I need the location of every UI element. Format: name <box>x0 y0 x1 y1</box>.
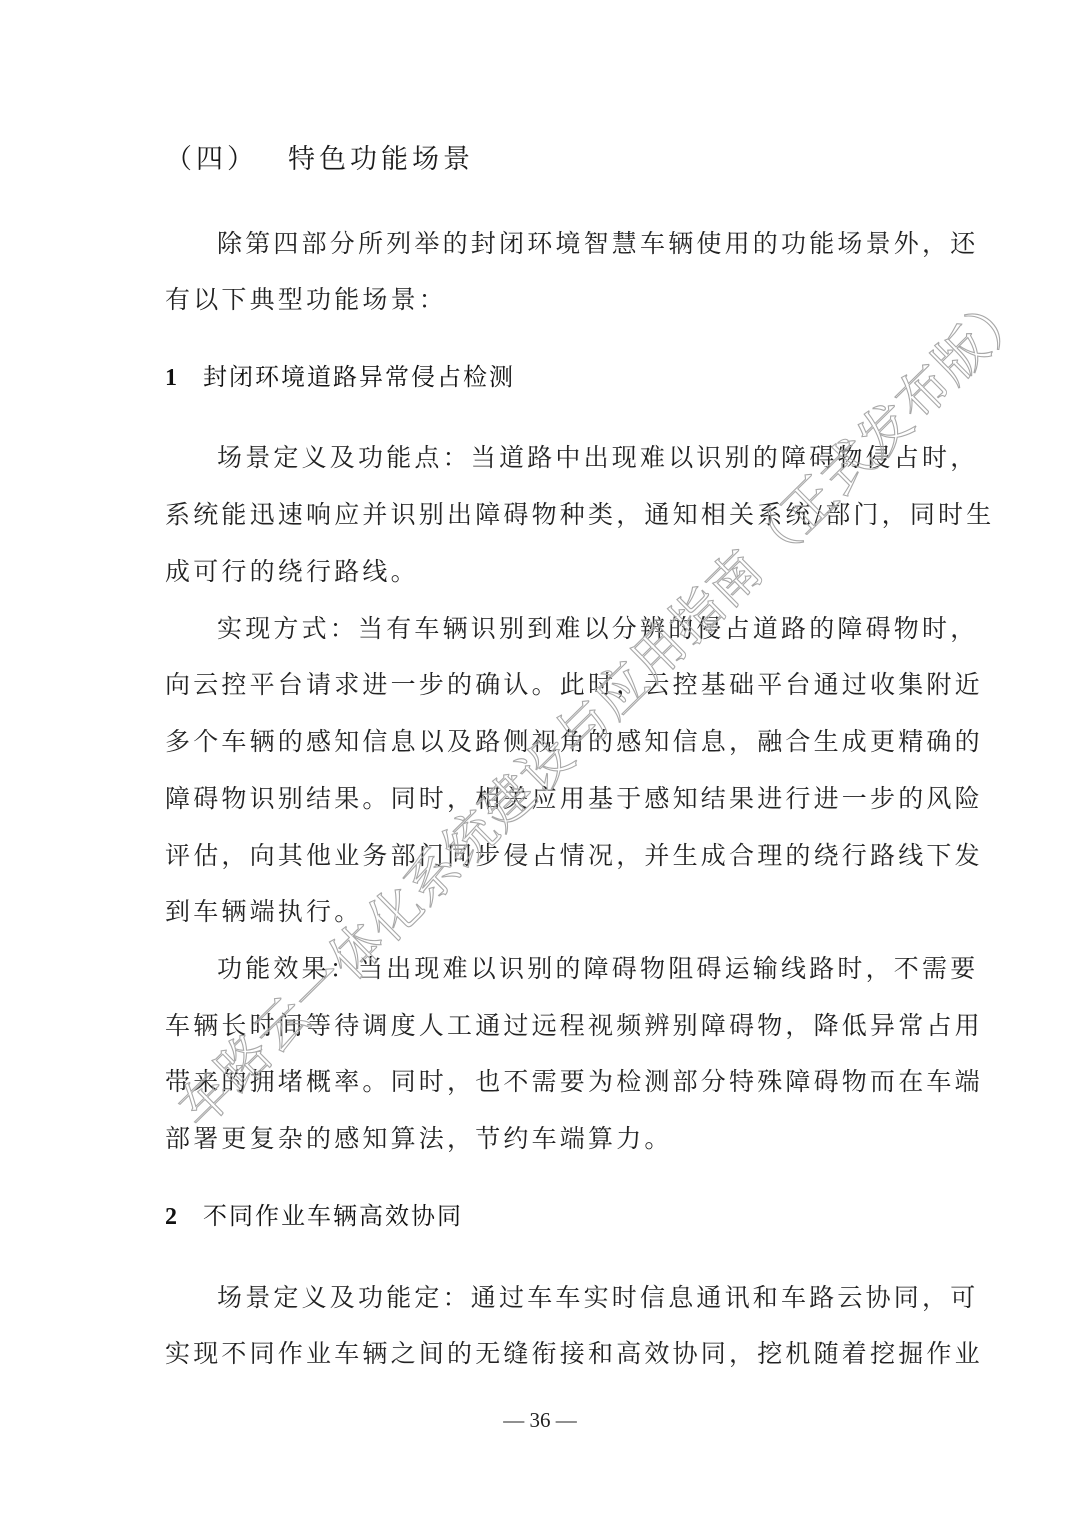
paragraph-line: 实现不同作业车辆之间的无缝衔接和高效协同，挖机随着挖掘作业 <box>165 1339 915 1369</box>
document-page: （四）特色功能场景 除第四部分所列举的封闭环境智慧车辆使用的功能场景外，还 有以… <box>0 0 1080 1527</box>
intro-line: 除第四部分所列举的封闭环境智慧车辆使用的功能场景外，还 <box>165 229 915 259</box>
scenario-heading: 2不同作业车辆高效协同 <box>165 1201 463 1232</box>
paragraph-line: 到车辆端执行。 <box>165 897 915 927</box>
page-number: — 36 — <box>0 1408 1080 1433</box>
scenario-title: 封闭环境道路异常侵占检测 <box>203 363 515 391</box>
section-heading-title: 特色功能场景 <box>288 144 474 175</box>
paragraph-line: 向云控平台请求进一步的确认。此时，云控基础平台通过收集附近 <box>165 670 915 700</box>
paragraph-line: 系统能迅速响应并识别出障碍物种类，通知相关系统/部门，同时生 <box>165 500 915 530</box>
section-heading-number: （四） <box>165 144 258 175</box>
paragraph-line: 实现方式：当有车辆识别到难以分辨的侵占道路的障碍物时， <box>165 614 915 644</box>
paragraph-line: 部署更复杂的感知算法，节约车端算力。 <box>165 1124 915 1154</box>
paragraph-line: 功能效果：当出现难以识别的障碍物阻碍运输线路时，不需要 <box>165 954 915 984</box>
paragraph-line: 带来的拥堵概率。同时，也不需要为检测部分特殊障碍物而在车端 <box>165 1067 915 1097</box>
paragraph-line: 场景定义及功能定：通过车车实时信息通讯和车路云协同，可 <box>165 1283 915 1313</box>
paragraph-line: 评估，向其他业务部门同步侵占情况，并生成合理的绕行路线下发 <box>165 841 915 871</box>
scenario-heading: 1封闭环境道路异常侵占检测 <box>165 362 515 393</box>
paragraph-line: 障碍物识别结果。同时，相关应用基于感知结果进行进一步的风险 <box>165 784 915 814</box>
paragraph-line: 成可行的绕行路线。 <box>165 557 915 587</box>
scenario-number: 1 <box>165 363 203 393</box>
paragraph-line: 多个车辆的感知信息以及路侧视角的感知信息，融合生成更精确的 <box>165 727 915 757</box>
intro-line: 有以下典型功能场景： <box>165 285 915 315</box>
section-heading: （四）特色功能场景 <box>165 143 474 177</box>
scenario-title: 不同作业车辆高效协同 <box>203 1202 463 1230</box>
scenario-number: 2 <box>165 1202 203 1232</box>
paragraph-line: 车辆长时间等待调度人工通过远程视频辨别障碍物，降低异常占用 <box>165 1011 915 1041</box>
paragraph-line: 场景定义及功能点：当道路中出现难以识别的障碍物侵占时， <box>165 443 915 473</box>
watermark: 车路云一体化系统建设与应用指南（正式发布版） <box>170 281 1037 1137</box>
